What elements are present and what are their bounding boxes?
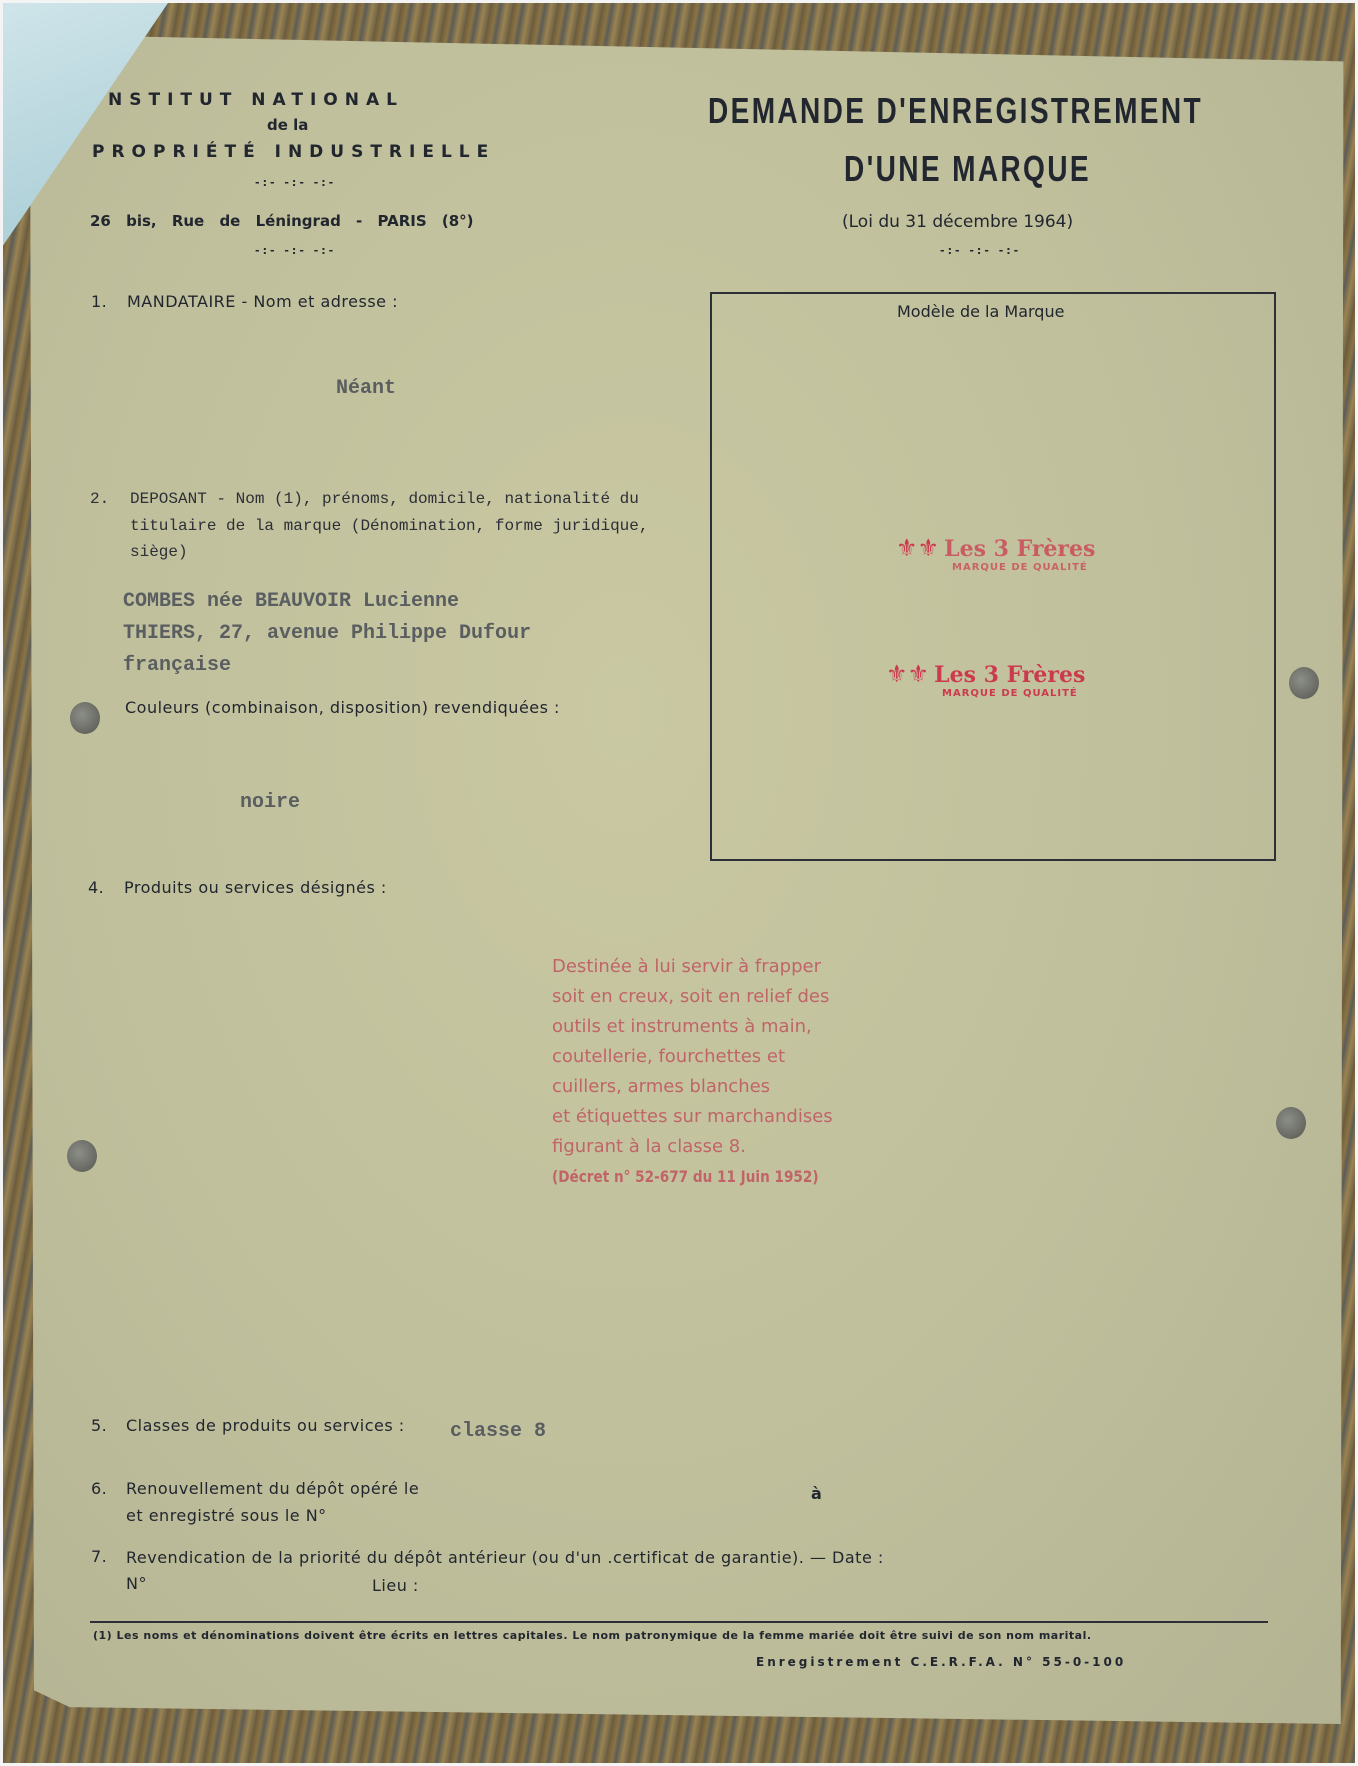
section-2-label-line2: titulaire de la marque (Dénomination, fo… xyxy=(130,517,648,535)
stamp-line: figurant à la classe 8. xyxy=(552,1132,866,1162)
ornament: -:- -:- -:- xyxy=(255,176,336,189)
section-3-label: Couleurs (combinaison, disposition) reve… xyxy=(125,698,560,717)
stamp-decree: (Décret n° 52-677 du 11 Juin 1952) xyxy=(552,1162,819,1192)
law-reference: (Loi du 31 décembre 1964) xyxy=(842,212,1073,232)
ornament: -:- -:- -:- xyxy=(255,244,336,257)
institute-name-line2: de la xyxy=(267,116,308,134)
cerfa-number: Enregistrement C.E.R.F.A. N° 55-0-100 xyxy=(756,1655,1126,1669)
deposant-address[interactable]: THIERS, 27, avenue Philippe Dufour xyxy=(123,622,531,645)
deposant-name[interactable]: COMBES née BEAUVOIR Lucienne xyxy=(123,590,459,613)
brand-name: Les 3 Frères xyxy=(944,536,1095,562)
form-title-line1: DEMANDE D'ENREGISTREMENT xyxy=(708,90,1203,132)
institute-address: 26 bis, Rue de Léningrad - PARIS (8°) xyxy=(90,212,474,230)
mark-model-box xyxy=(710,292,1276,861)
classes-value[interactable]: classe 8 xyxy=(450,1420,546,1443)
footnote: (1) Les noms et dénominations doivent êt… xyxy=(93,1629,1092,1642)
mandataire-value[interactable]: Néant xyxy=(336,377,396,400)
section-6-number: 6. xyxy=(91,1479,107,1498)
section-6-label-line1: Renouvellement du dépôt opéré le xyxy=(126,1479,419,1498)
stamp-line: cuillers, armes blanches xyxy=(552,1072,866,1102)
deposant-nationality[interactable]: française xyxy=(123,654,231,677)
section-6-label-line2: et enregistré sous le N° xyxy=(126,1506,327,1525)
section-5-number: 5. xyxy=(91,1416,107,1435)
fleur-de-lis-icon: ⚜⚜ xyxy=(896,534,939,562)
section-4-number: 4. xyxy=(88,878,104,897)
section-5-label: Classes de produits ou services : xyxy=(126,1416,405,1435)
brand-stamp: ⚜⚜ Les 3 Frères MARQUE DE QUALITÉ xyxy=(896,534,1095,573)
colors-value[interactable]: noire xyxy=(240,791,300,814)
institute-name-line1: NSTITUT NATIONAL xyxy=(108,90,404,110)
mark-model-title: Modèle de la Marque xyxy=(897,302,1064,321)
section-2-label-line1: DEPOSANT - Nom (1), prénoms, domicile, n… xyxy=(130,490,639,508)
punch-hole xyxy=(67,1140,97,1172)
form-title-line2: D'UNE MARQUE xyxy=(844,148,1091,190)
punch-hole xyxy=(1289,667,1319,699)
products-stamp: Destinée à lui servir à frapper soit en … xyxy=(552,952,866,1192)
ornament: -:- -:- -:- xyxy=(940,244,1021,257)
section-1-label: MANDATAIRE - Nom et adresse : xyxy=(127,292,398,311)
footer-divider xyxy=(90,1621,1268,1623)
section-6-at: à xyxy=(811,1484,822,1503)
brand-name: Les 3 Frères xyxy=(934,662,1085,688)
section-2-label-line3: siège) xyxy=(130,543,188,561)
stamp-line: et étiquettes sur marchandises xyxy=(552,1102,866,1132)
section-1-number: 1. xyxy=(91,292,107,311)
punch-hole xyxy=(70,702,100,734)
brand-subtitle: MARQUE DE QUALITÉ xyxy=(952,562,1095,573)
section-7-number: 7. xyxy=(91,1547,107,1566)
stamp-line: outils et instruments à main, xyxy=(552,1012,866,1042)
institute-name-line3: PROPRIÉTÉ INDUSTRIELLE xyxy=(92,142,495,162)
fleur-de-lis-icon: ⚜⚜ xyxy=(886,660,929,688)
punch-hole xyxy=(1276,1107,1306,1139)
section-7-number-label: N° xyxy=(126,1574,147,1593)
section-7-place-label: Lieu : xyxy=(372,1576,419,1595)
brand-stamp: ⚜⚜ Les 3 Frères MARQUE DE QUALITÉ xyxy=(886,660,1085,699)
section-7-label: Revendication de la priorité du dépôt an… xyxy=(126,1548,884,1567)
section-2-number: 2. xyxy=(90,490,109,508)
stamp-line: Destinée à lui servir à frapper xyxy=(552,952,866,982)
brand-subtitle: MARQUE DE QUALITÉ xyxy=(942,688,1085,699)
stamp-line: coutellerie, fourchettes et xyxy=(552,1042,866,1072)
stamp-line: soit en creux, soit en relief des xyxy=(552,982,866,1012)
section-4-label: Produits ou services désignés : xyxy=(124,878,387,897)
